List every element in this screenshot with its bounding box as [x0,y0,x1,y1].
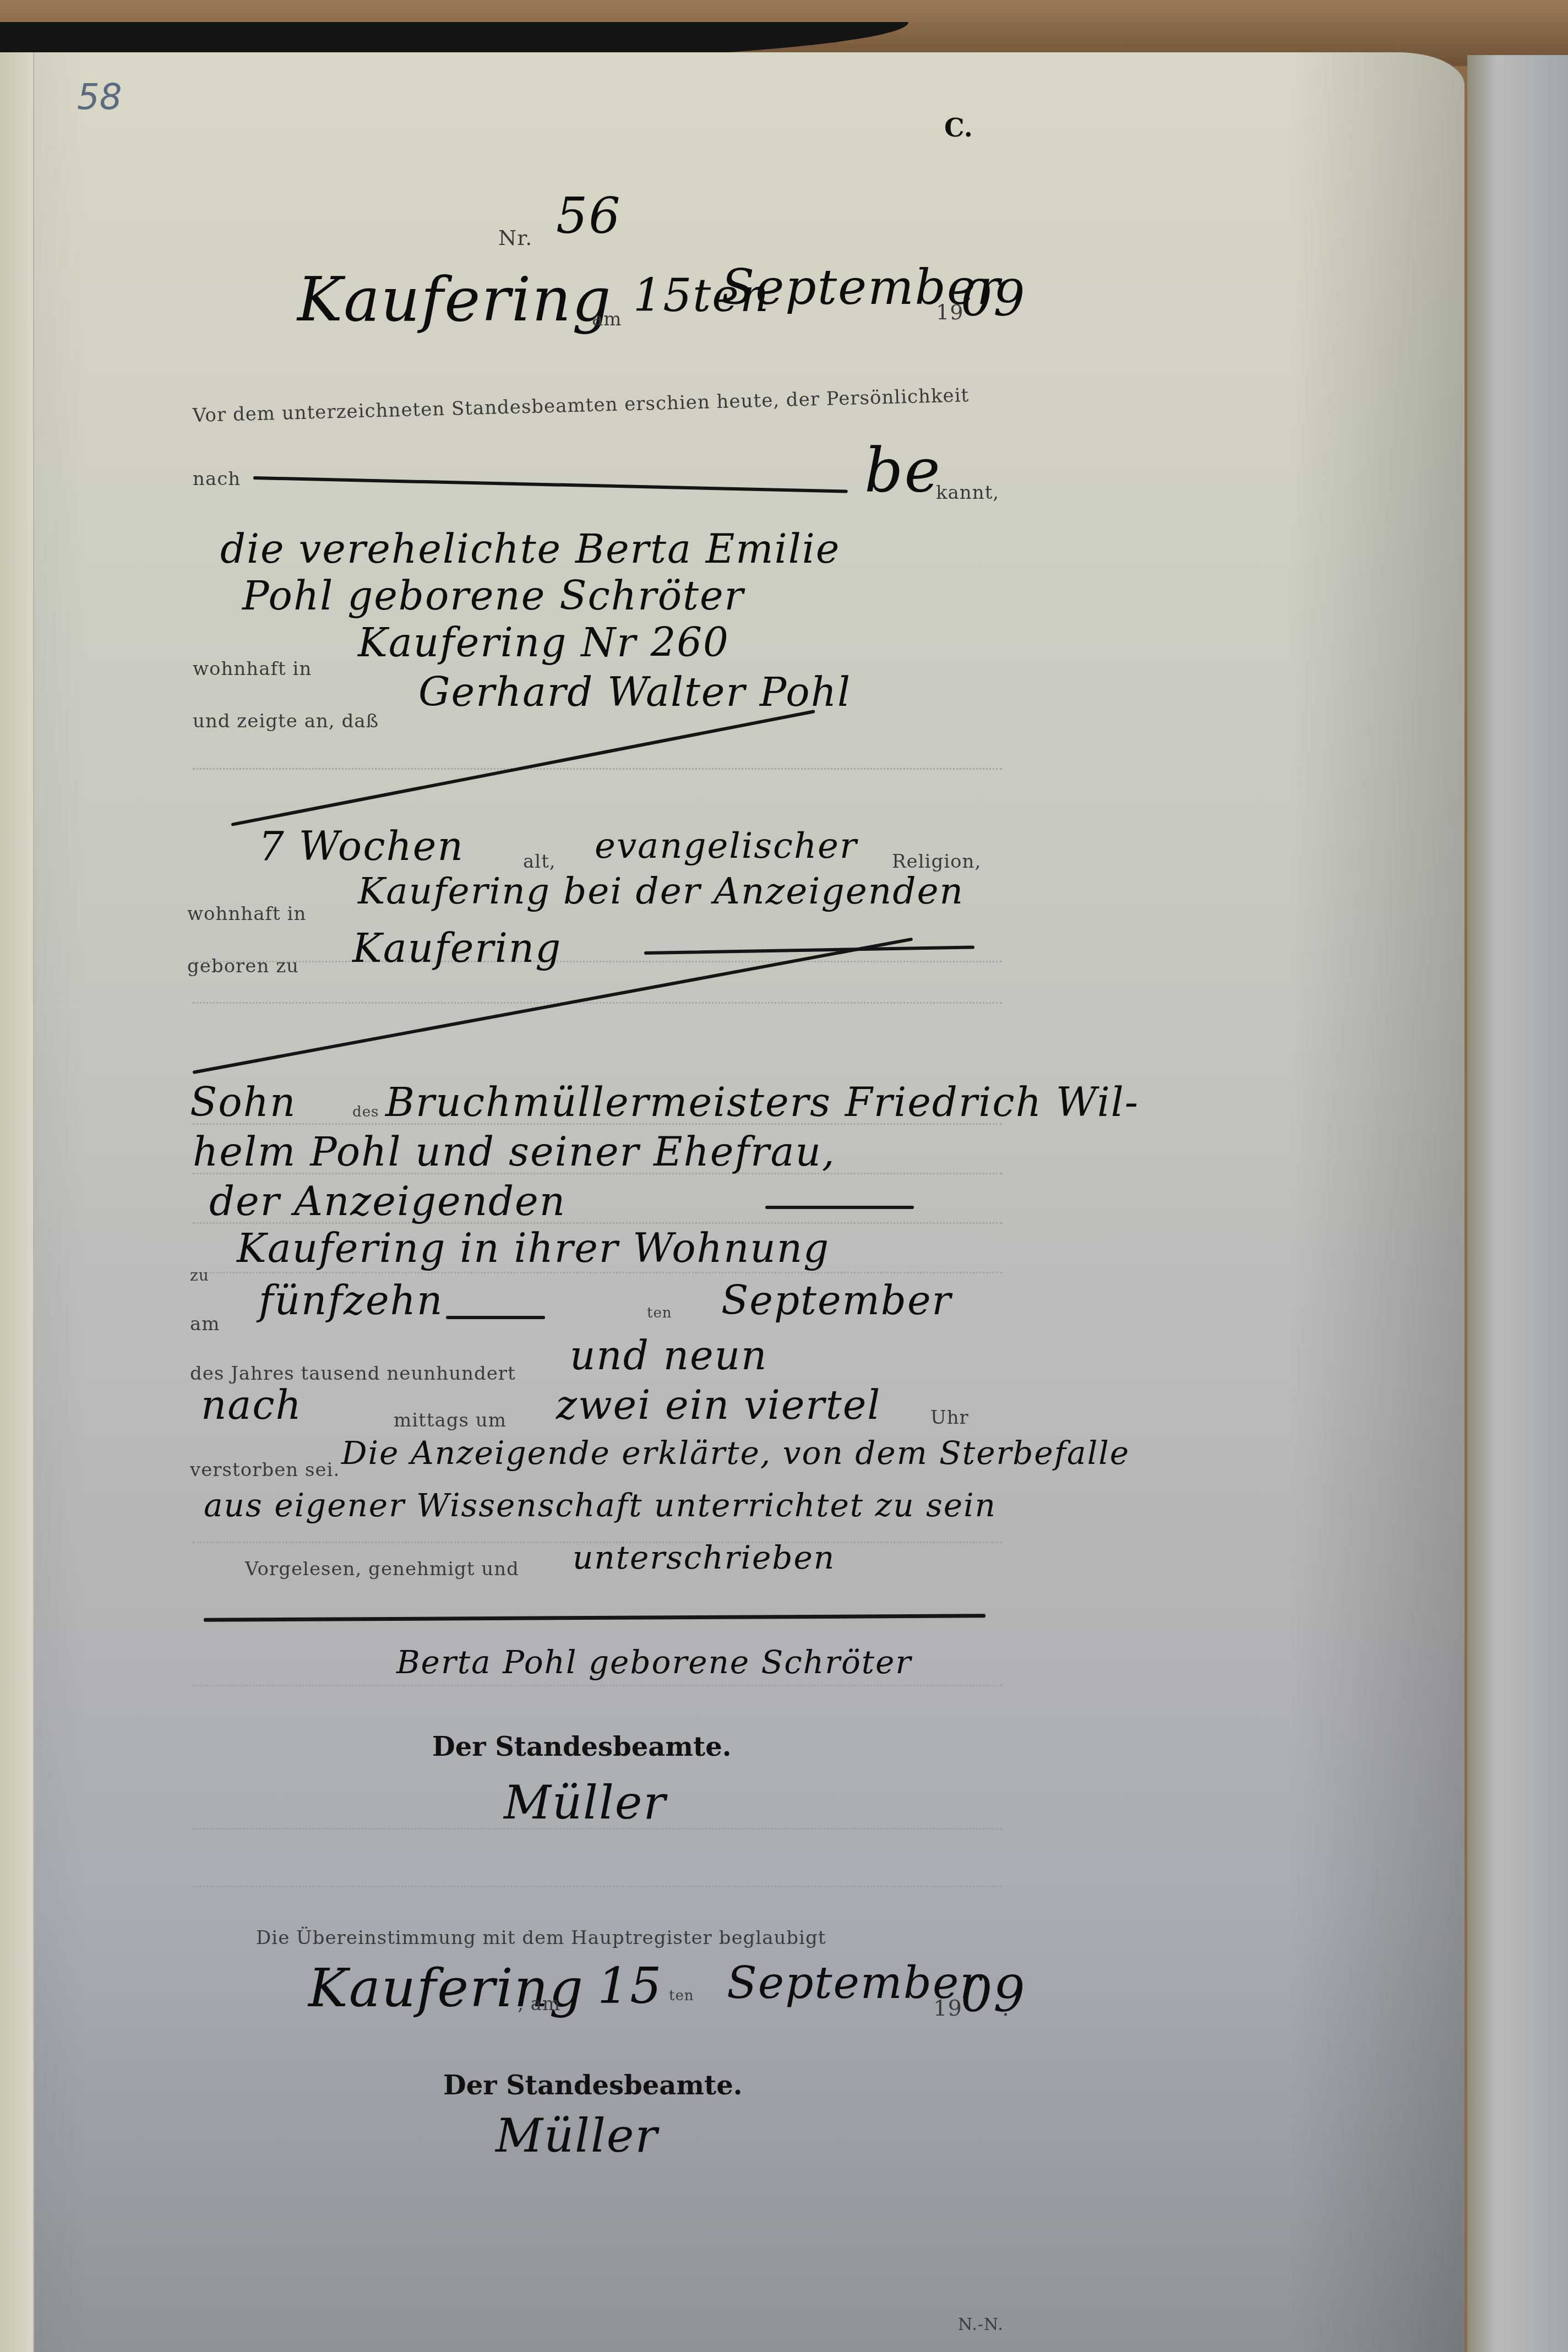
death-ten-label: ten [647,1305,672,1321]
parents-line-3: der Anzeigenden [209,1178,566,1224]
pencil-page-number: 58 [77,77,122,118]
mittags-label: mittags um [394,1409,507,1431]
known-hand: be [864,435,941,505]
death-day: fünfzehn [259,1277,443,1324]
uhr-label: Uhr [930,1407,969,1429]
binding-margin [0,52,34,2352]
statement-line-2: aus eigener Wissenschaft unterrichtet zu… [204,1487,997,1524]
nr-label: Nr. [498,226,532,250]
ruled-line [193,961,1002,962]
deceased-residence: Kaufering bei der Anzeigenden [358,870,964,912]
religion-label: Religion, [892,851,981,873]
cert-ten-label: ten [669,1988,694,2004]
religion: evangelischer [595,826,858,867]
deceased-age: 7 Wochen [259,823,464,869]
registrar-title: Der Standesbeamte. [432,1732,732,1762]
informant-line-2: Pohl geborene Schröter [242,573,744,619]
cert-day: 15 [597,1957,663,2015]
record-number: 56 [556,187,622,245]
death-month: September [721,1277,952,1324]
alt-label: alt, [523,851,556,873]
parents-sohn: Sohn [190,1079,296,1125]
ruled-line [193,1272,1002,1273]
informant-line-1: die verehelichte Berta Emilie [220,526,840,572]
death-time: zwei ein viertel [556,1382,881,1428]
section-letter: C. [944,113,973,143]
vorgelesen-hand: unterschrieben [573,1539,835,1576]
informant-wohnhaft-label: wohnhaft in [193,658,312,680]
ruled-line [193,1685,1002,1686]
cert-year-prefix: 19 [933,1996,962,2021]
parents-line-2: helm Pohl und seiner Ehefrau, [193,1129,836,1175]
strike-line [446,1316,545,1319]
vorgelesen-label: Vorgelesen, genehmigt und [245,1558,519,1580]
cert-registrar-signature: Müller [496,2109,658,2163]
death-am-label: am [190,1313,220,1335]
jahres-label: des Jahres tausend neunhundert [190,1363,516,1385]
cert-registrar-title: Der Standesbeamte. [443,2070,743,2101]
parents-line-1: Bruchmüllermeisters Friedrich Wil- [385,1079,1139,1125]
header-year-suffix: 09 [961,270,1026,328]
birthplace: Kaufering [352,925,562,971]
cert-year-suffix: 09 [961,1966,1026,2023]
deceased-wohnhaft-label: wohnhaft in [187,903,306,925]
death-place: Kaufering in ihrer Wohnung [237,1225,830,1271]
ruled-line [193,1886,1002,1887]
year-words-1: und neun [570,1332,767,1379]
informant-signature: Berta Pohl geborene Schröter [396,1643,912,1681]
nach-label: nach [193,468,241,490]
statement-line-1: Die Anzeigende erklärte, von dem Sterbef… [341,1434,1130,1472]
ruled-line [193,1002,1002,1004]
cert-am-label: , am [518,1993,560,2015]
footer-mark: N.-N. [958,2315,1004,2334]
verstorben-label: verstorben sei. [190,1459,340,1481]
known-print: kannt, [936,482,999,504]
informant-residence: Kaufering Nr 260 [358,619,729,666]
header-am-label: am [592,308,622,330]
deceased-name: Gerhard Walter Pohl [418,669,851,715]
registrar-signature: Müller [504,1776,667,1830]
zu-label: zu [190,1266,209,1284]
zeigte-label: und zeigte an, daß [193,710,379,732]
adjacent-page-edge [1467,55,1568,2352]
ruled-line [193,768,1002,770]
strike-line [765,1206,914,1209]
geboren-label: geboren zu [187,955,299,977]
certification-line: Die Übereinstimmung mit dem Hauptregiste… [256,1927,826,1949]
header-year-prefix: 19 [936,300,963,324]
header-place: Kaufering [297,264,612,335]
year-words-2: nach [201,1382,302,1428]
cert-period: . [1002,1996,1010,2021]
parents-des-label: des [352,1104,379,1120]
